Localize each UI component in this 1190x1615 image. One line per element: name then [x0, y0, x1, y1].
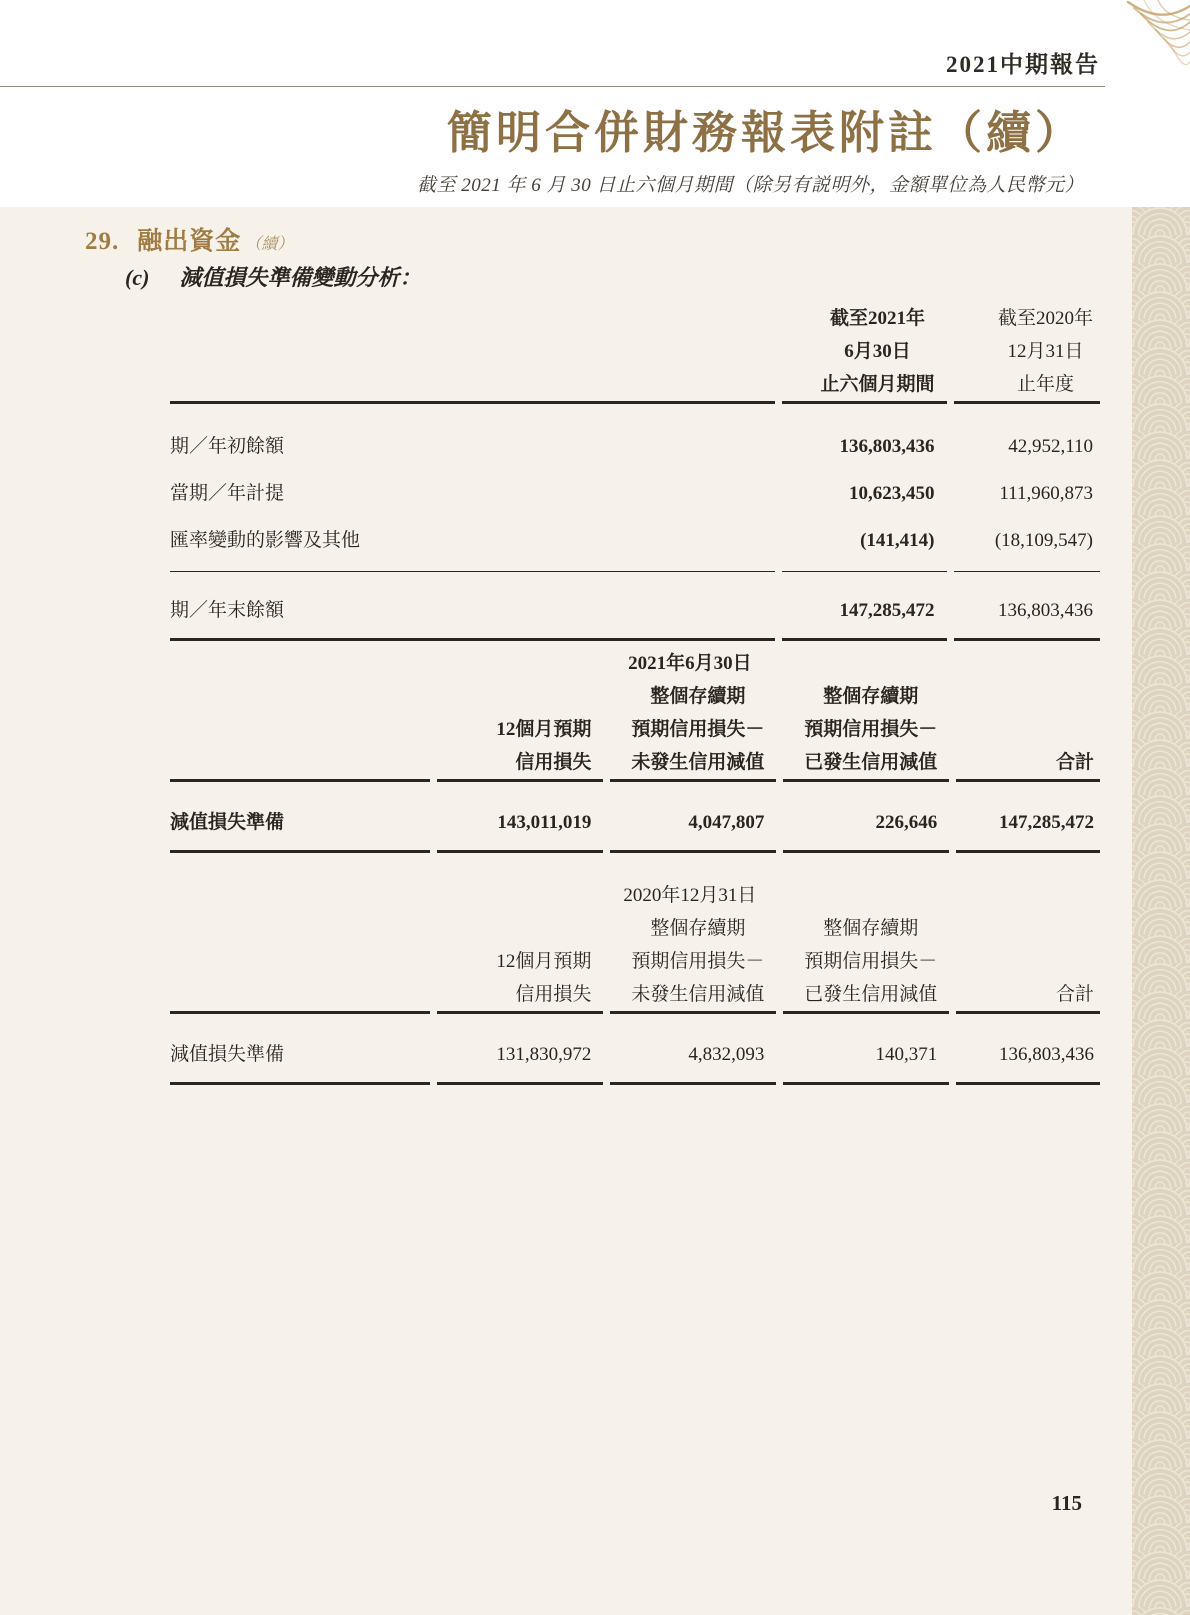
- subsection-title: 減值損失準備變動分析：: [179, 265, 421, 290]
- ecl-col2-line2: 預期信用損失－: [631, 713, 764, 746]
- ecl-col1-line2: 信用損失: [430, 978, 591, 1011]
- ecl-col3-line2: 預期信用損失－: [804, 945, 937, 978]
- page-number: 115: [1052, 1491, 1082, 1516]
- ecl-col1-line1: 12個月預期: [430, 713, 591, 746]
- report-badge: 2021中期報告: [946, 46, 1100, 79]
- row-value-2021: 10,623,450: [775, 475, 948, 512]
- ecl-col3-line1: 整個存續期: [804, 680, 937, 713]
- ecl-col4-header: 合計: [949, 746, 1094, 779]
- section-number: 29.: [85, 228, 119, 255]
- ecl-2021-header: 12個月預期 信用損失 整個存續期 預期信用損失－ 未發生信用減值 整個存續期 …: [170, 680, 1100, 779]
- column-header-2021-line1: 截至2021年: [820, 302, 934, 335]
- ecl-table-2020: 2020年12月31日 12個月預期 信用損失 整個存續期 預期信用損失－ 未發…: [170, 879, 1100, 1085]
- ecl-2020-date: 2020年12月31日: [430, 879, 949, 912]
- ecl-col2-line1: 整個存續期: [631, 912, 764, 945]
- subsection-label: (c): [125, 265, 149, 290]
- value-12m-ecl: 131,830,972: [430, 1042, 603, 1068]
- ecl-2020-date-row: 2020年12月31日: [170, 879, 1100, 912]
- ecl-col2-line1: 整個存續期: [631, 680, 764, 713]
- page-subtitle: 截至 2021 年 6 月 30 日止六個月期間（除另有説明外，金額單位為人民幣…: [417, 170, 1084, 197]
- row-label: 期／年初餘額: [170, 428, 775, 465]
- total-value-2021: 147,285,472: [775, 596, 948, 626]
- table-row: 當期／年計提 10,623,450 111,960,873: [170, 465, 1100, 512]
- movement-table-header: 截至2021年 6月30日 止六個月期間 截至2020年 12月31日 止年度: [170, 302, 1100, 401]
- row-value-2021: 136,803,436: [775, 428, 948, 465]
- row-value-2020: (18,109,547): [947, 522, 1100, 559]
- total-row-label: 期／年末餘額: [170, 596, 775, 626]
- ecl-col2-line2: 預期信用損失－: [631, 945, 764, 978]
- ecl-col2-line3: 未發生信用減值: [631, 746, 764, 779]
- row-value-2021: (141,414): [775, 522, 948, 559]
- ecl-2021-date-row: 2021年6月30日: [170, 647, 1100, 680]
- movement-table: 截至2021年 6月30日 止六個月期間 截至2020年 12月31日 止年度 …: [170, 302, 1100, 641]
- ecl-2020-header: 12個月預期 信用損失 整個存續期 預期信用損失－ 未發生信用減值 整個存續期 …: [170, 912, 1100, 1011]
- table-rule-thick: [170, 401, 1100, 404]
- column-header-2020-line1: 截至2020年: [998, 302, 1093, 335]
- value-12m-ecl: 143,011,019: [430, 810, 603, 836]
- row-value-2020: 42,952,110: [947, 428, 1100, 465]
- page-title: 簡明合併財務報表附註（續）: [447, 96, 1084, 161]
- value-lifetime-not-impaired: 4,047,807: [603, 810, 776, 836]
- ecl-col1-line2: 信用損失: [430, 746, 591, 779]
- table-rule-thick: [170, 1011, 1100, 1014]
- value-total: 136,803,436: [949, 1042, 1100, 1068]
- row-label: 當期／年計提: [170, 475, 775, 512]
- table-rule-thick: [170, 779, 1100, 782]
- value-lifetime-impaired: 140,371: [776, 1042, 949, 1068]
- table-rule-thick: [170, 638, 1100, 641]
- row-label: 減值損失準備: [170, 1042, 430, 1068]
- ecl-2020-data-row: 減值損失準備 131,830,972 4,832,093 140,371 136…: [170, 1014, 1100, 1082]
- table-total-row: 期／年末餘額 147,285,472 136,803,436: [170, 572, 1100, 638]
- ecl-col2-line3: 未發生信用減值: [631, 978, 764, 1011]
- ecl-2021-data-row: 減值損失準備 143,011,019 4,047,807 226,646 147…: [170, 782, 1100, 850]
- row-label: 匯率變動的影響及其他: [170, 522, 775, 559]
- section-title: 融出資金: [137, 228, 241, 255]
- column-header-2021-line3: 止六個月期間: [820, 368, 934, 401]
- ecl-2021-date: 2021年6月30日: [430, 647, 949, 680]
- column-header-2020-line2: 12月31日: [998, 335, 1093, 368]
- subsection-heading: (c)減值損失準備變動分析：: [125, 261, 421, 292]
- header-divider: [0, 86, 1105, 87]
- column-header-2021-line2: 6月30日: [820, 335, 934, 368]
- ecl-table-2021: 2021年6月30日 12個月預期 信用損失 整個存續期 預期信用損失－ 未發生…: [170, 647, 1100, 853]
- table-rule-thin: [170, 571, 1100, 572]
- table-rule-thick: [170, 850, 1100, 853]
- value-lifetime-impaired: 226,646: [776, 810, 949, 836]
- section-heading: 29.融出資金（續）: [85, 221, 293, 257]
- column-header-2020-line3: 止年度: [998, 368, 1093, 401]
- ecl-col3-line1: 整個存續期: [804, 912, 937, 945]
- page-header: 2021中期報告 簡明合併財務報表附註（續） 截至 2021 年 6 月 30 …: [0, 0, 1190, 207]
- ecl-col1-line1: 12個月預期: [430, 945, 591, 978]
- section-continued-marker: （續）: [245, 236, 293, 253]
- ecl-col3-line3: 已發生信用減值: [804, 978, 937, 1011]
- report-page: 2021中期報告 簡明合併財務報表附註（續） 截至 2021 年 6 月 30 …: [0, 0, 1190, 1615]
- page-body: 29.融出資金（續） (c)減值損失準備變動分析： 截至2021年 6月30日 …: [0, 207, 1190, 1615]
- ecl-col4-header: 合計: [949, 978, 1094, 1011]
- seigaiha-border-pattern: [1132, 207, 1190, 1615]
- row-value-2020: 111,960,873: [947, 475, 1100, 512]
- total-value-2020: 136,803,436: [947, 596, 1100, 626]
- value-total: 147,285,472: [949, 810, 1100, 836]
- ecl-col3-line3: 已發生信用減值: [804, 746, 937, 779]
- value-lifetime-not-impaired: 4,832,093: [603, 1042, 776, 1068]
- ecl-col3-line2: 預期信用損失－: [804, 713, 937, 746]
- row-label: 減值損失準備: [170, 810, 430, 836]
- table-row: 期／年初餘額 136,803,436 42,952,110: [170, 404, 1100, 465]
- table-rule-thick: [170, 1082, 1100, 1085]
- table-row: 匯率變動的影響及其他 (141,414) (18,109,547): [170, 512, 1100, 559]
